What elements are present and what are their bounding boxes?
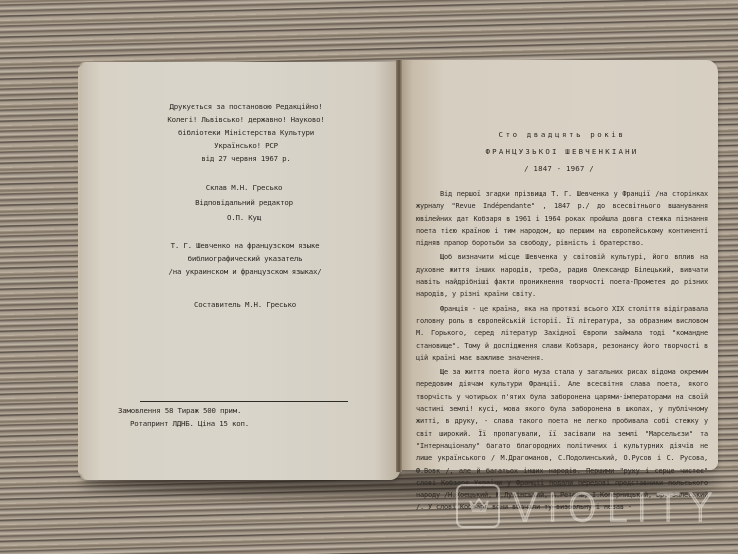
paragraph: Від першої згадки прізвища Т. Г. Шевченк… (416, 188, 708, 249)
watermark-text: VIOLITY (512, 488, 721, 528)
left-page: Друкується за постановою Редакційно! Кол… (82, 62, 400, 480)
bib-title-line: /на украинском и французском языках/ (96, 265, 394, 278)
divider-rule (140, 401, 348, 402)
compiler-line: Составитель М.Н. Гресько (96, 298, 394, 311)
imprint-line: Українсько! РСР (102, 139, 390, 152)
editor-label: Відповідальний редактор (98, 195, 390, 210)
paragraph: Франція - це країна, яка на протязі всьо… (416, 303, 708, 364)
print-info: Замовлення 58 Тираж 500 прим. Ротапринт … (118, 404, 390, 430)
crown-icon (469, 498, 489, 512)
heading-line-2: ФРАНЦУЗЬКОІ ШЕВЧЕНКІАНИ (400, 143, 718, 160)
imprint-line: від 27 червня 1967 р. (102, 152, 390, 165)
chapter-heading: Сто двадцять років ФРАНЦУЗЬКОІ ШЕВЧЕНКІА… (400, 126, 718, 177)
compiler: Составитель М.Н. Гресько (96, 298, 394, 311)
right-page: Сто двадцять років ФРАНЦУЗЬКОІ ШЕВЧЕНКІА… (400, 60, 718, 470)
imprint-line: бібліотеки Міністерства Культури (102, 126, 390, 139)
imprint-line: Друкується за постановою Редакційно! (102, 100, 390, 113)
paragraph: Щоб визначити місце Шевченка у світовій … (416, 251, 708, 300)
heading-line-1: Сто двадцять років (400, 126, 718, 143)
watermark: VIOLITY (456, 484, 736, 536)
credits: Склав М.Н. Гресько Відповідальний редакт… (98, 180, 390, 225)
compiled-by: Склав М.Н. Гресько (98, 180, 390, 195)
watermark-badge (456, 484, 500, 528)
body-text: Від першої згадки прізвища Т. Г. Шевченк… (416, 188, 708, 516)
order-print-run: Замовлення 58 Тираж 500 прим. (118, 404, 390, 417)
bib-title-line: Т. Г. Шевченко на французском языке (96, 239, 394, 252)
bibliography-title: Т. Г. Шевченко на французском языке библ… (96, 239, 394, 278)
bib-title-line: библиографический указатель (96, 252, 394, 265)
imprint-statement: Друкується за постановою Редакційно! Кол… (102, 100, 390, 165)
printer-price: Ротапринт ЛДНБ. Ціна 15 коп. (118, 417, 390, 430)
heading-years: / 1847 - 1967 / (400, 160, 718, 177)
book-spine (396, 60, 402, 472)
imprint-line: Колегі! Львівсько! державно! Науково! (102, 113, 390, 126)
editor-name: О.П. Кущ (98, 210, 390, 225)
